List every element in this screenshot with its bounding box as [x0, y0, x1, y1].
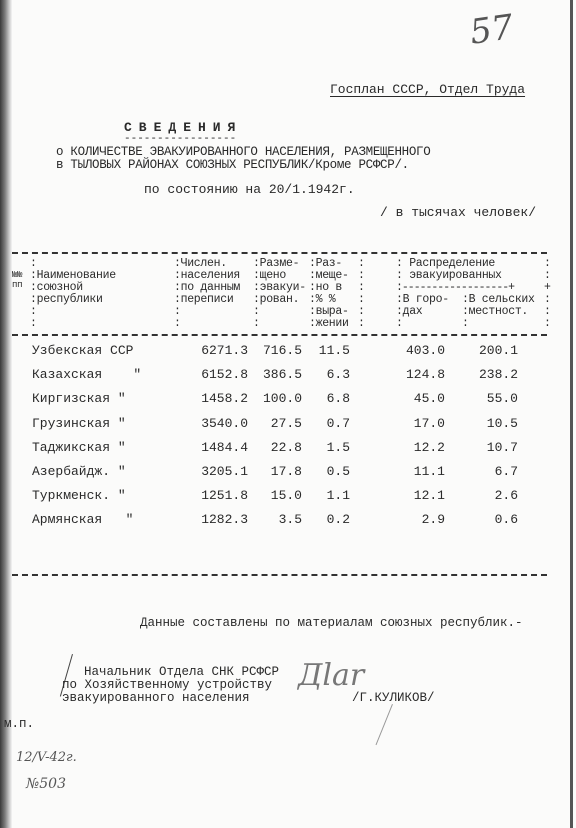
header-bottom-rule: [12, 334, 547, 336]
table-row: Узбекская ССР6271.3716.511.5403.0200.1: [0, 343, 576, 367]
population-cell: 1251.8: [201, 488, 248, 503]
handwritten-date: 12/V-42г.: [16, 750, 77, 765]
republic-name: Грузинская ": [32, 416, 126, 431]
placed-cell: 386.5: [263, 367, 302, 382]
margin-mark: м.п.: [4, 718, 34, 731]
percent-cell: 1.1: [327, 488, 350, 503]
header-population: :Числен.:населения:по данным:переписи::: [174, 258, 240, 330]
percent-cell: 6.8: [327, 391, 350, 406]
table-row: Таджикская "1484.422.81.512.210.7: [0, 440, 576, 464]
cities-cell: 12.1: [414, 488, 445, 503]
signatory-name: /Г.КУЛИКОВ/: [352, 692, 435, 705]
percent-cell: 11.5: [319, 343, 350, 358]
placed-cell: 100.0: [263, 391, 302, 406]
title-underline: -----------------: [124, 133, 236, 145]
republic-name: Киргизская ": [32, 391, 126, 406]
handwritten-signature: Дlar: [298, 658, 364, 693]
handwritten-reg-number: №503: [26, 776, 66, 792]
population-cell: 1282.3: [201, 512, 248, 527]
population-cell: 3205.1: [201, 464, 248, 479]
republic-name: Азербайдж. ": [32, 464, 126, 479]
rural-cell: 2.6: [495, 488, 518, 503]
republic-name: Туркменск. ": [32, 488, 126, 503]
cities-cell: 12.2: [414, 440, 445, 455]
percent-cell: 0.7: [327, 416, 350, 431]
percent-cell: 0.2: [327, 512, 350, 527]
cities-cell: 45.0: [414, 391, 445, 406]
signature-tail-stroke: [376, 704, 393, 745]
republic-name: Армянская ": [32, 512, 133, 527]
table-row: Грузинская "3540.027.50.717.010.5: [0, 416, 576, 440]
republic-name: Казахская ": [32, 367, 141, 382]
organization-heading: Госплан СССР, Отдел Труда: [330, 82, 525, 97]
table-row: Армянская "1282.33.50.22.90.6: [0, 512, 576, 536]
subtitle-line-2: в ТЫЛОВЫХ РАЙОНАХ СОЮЗНЫХ РЕСПУБЛИК/Кром…: [56, 158, 409, 172]
signatory-title-line-3: эвакуированного населения: [62, 692, 250, 705]
header-cities: :В горо-:дах:: [396, 294, 449, 330]
units-note: / в тысячах человек/: [380, 205, 536, 220]
header-percent-right-border: ::::::: [358, 258, 365, 330]
table-top-rule: [12, 252, 547, 254]
header-percent: :Раз-:меще-:но в:% %:выра-:жении: [309, 258, 349, 330]
table-row: Азербайдж. "3205.117.80.511.16.7: [0, 464, 576, 488]
rural-cell: 55.0: [487, 391, 518, 406]
header-rural: :В сельских:местност.:: [462, 294, 535, 330]
placed-cell: 15.0: [271, 488, 302, 503]
table-row: Туркменск. "1251.815.01.112.12.6: [0, 488, 576, 512]
rural-cell: 10.5: [487, 416, 518, 431]
header-placed: :Разме-:щено:эвакуи-:рован.::: [253, 258, 306, 330]
data-source-note: Данные составлены по материалам союзных …: [140, 616, 523, 630]
row-number-header: №№пп: [12, 270, 22, 290]
rural-cell: 200.1: [479, 343, 518, 358]
as-of-date: по состоянию на 20/1.1942г.: [144, 182, 355, 197]
rural-cell: 10.7: [487, 440, 518, 455]
rural-cell: 6.7: [495, 464, 518, 479]
placed-cell: 22.8: [271, 440, 302, 455]
table-bottom-rule: [12, 574, 547, 576]
table-row: Киргизская "1458.2100.06.845.055.0: [0, 391, 576, 415]
subtitle-line-1: о КОЛИЧЕСТВЕ ЭВАКУИРОВАННОГО НАСЕЛЕНИЯ, …: [56, 145, 430, 159]
cities-cell: 11.1: [414, 464, 445, 479]
percent-cell: 1.5: [327, 440, 350, 455]
table-row: Казахская "6152.8386.56.3124.8238.2: [0, 367, 576, 391]
placed-cell: 17.8: [271, 464, 302, 479]
rural-cell: 0.6: [495, 512, 518, 527]
republic-name: Таджикская ": [32, 440, 126, 455]
header-distribution: : Распределение: эвакуированных: [396, 258, 502, 282]
republic-name: Узбекская ССР: [32, 343, 133, 358]
percent-cell: 6.3: [327, 367, 350, 382]
placed-cell: 3.5: [279, 512, 302, 527]
cities-cell: 403.0: [406, 343, 445, 358]
cities-cell: 124.8: [406, 367, 445, 382]
percent-cell: 0.5: [327, 464, 350, 479]
placed-cell: 27.5: [271, 416, 302, 431]
cities-cell: 2.9: [422, 512, 445, 527]
population-cell: 6152.8: [201, 367, 248, 382]
population-cell: 6271.3: [201, 343, 248, 358]
placed-cell: 716.5: [263, 343, 302, 358]
rural-cell: 238.2: [479, 367, 518, 382]
header-name: ::Наименование:союзной:республики::: [30, 258, 116, 330]
cities-cell: 17.0: [414, 416, 445, 431]
population-cell: 3540.0: [201, 416, 248, 431]
header-right-border: ::+:::: [544, 258, 551, 330]
population-cell: 1458.2: [201, 391, 248, 406]
population-cell: 1484.4: [201, 440, 248, 455]
archive-page-number: 57: [467, 7, 515, 53]
